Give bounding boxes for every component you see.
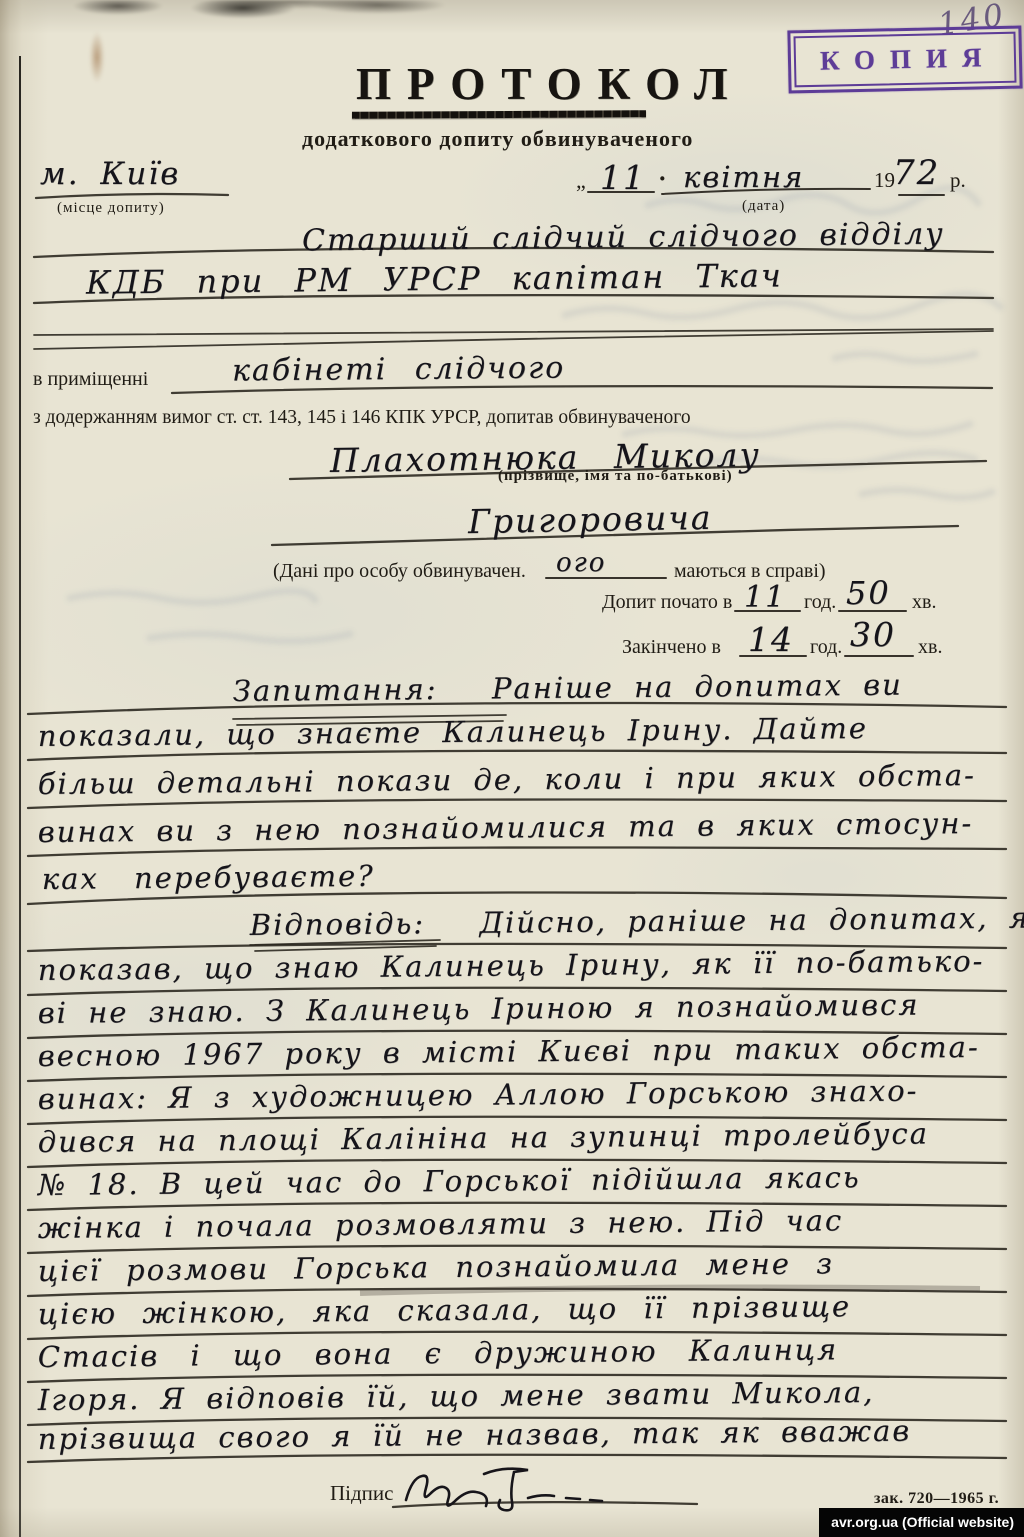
started-minute-unit: хв. (912, 591, 936, 614)
question-first-text: Раніше на допитах ви (492, 668, 903, 706)
copy-stamp-text: КОПИЯ (793, 32, 1016, 88)
premises-label: в приміщенні (33, 368, 148, 391)
started-label: Допит почато в (602, 591, 732, 614)
place-hint: (місце допиту) (57, 200, 165, 217)
date-day: 11 (600, 158, 646, 197)
finished-hour: 14 (748, 620, 794, 659)
started-hour-unit: год. (804, 591, 836, 614)
interrogator-line-1: Старший слідчий слідчого відділу (302, 217, 945, 259)
date-suffix: р. (950, 168, 966, 193)
signature-label: Підпис (330, 1481, 393, 1506)
finished-minute-unit: хв. (918, 636, 942, 659)
date-month: квітня (683, 160, 804, 194)
signature-scribble (398, 1458, 618, 1518)
premises-value: кабінеті слідчого (232, 351, 566, 389)
finished-minute: 30 (850, 615, 896, 654)
question-label: Запитання: (233, 672, 438, 708)
case-note-prefix: (Дані про особу обвинувачен. (273, 560, 526, 583)
date-year-written: 72 (893, 153, 940, 193)
place-value: м. Київ (40, 156, 180, 192)
interrogator-line-2: КДБ при РМ УРСР капітан Ткач (86, 256, 783, 301)
accused-patronymic: Григоровича (468, 498, 713, 541)
print-order-note: зак. 720—1965 г. (874, 1490, 999, 1508)
document-title: ПРОТОКОЛ (356, 58, 743, 110)
source-watermark: avr.org.ua (Official website) (819, 1508, 1024, 1537)
scanned-protocol-page: 140 КОПИЯ ПРОТОКОЛ додаткового допиту об… (0, 0, 1024, 1537)
started-minute: 50 (846, 574, 891, 612)
date-separator: · (658, 164, 667, 194)
copy-stamp: КОПИЯ (787, 26, 1023, 94)
date-hint: (дата) (742, 198, 785, 215)
document-subtitle: додаткового допиту обвинуваченого (302, 126, 693, 152)
question-line: ках перебуваєте? (42, 859, 375, 896)
case-note-insert: ого (556, 548, 606, 578)
question-line-first: Запитання: Раніше на допитах ви (233, 668, 903, 708)
answer-first-text: Дійсно, раніше на допитах, я (479, 901, 1024, 940)
accused-name-hint: (прізвище, імя та по-батькові) (498, 468, 733, 485)
date-open-quote: „ (576, 168, 586, 194)
answer-label: Відповідь: (250, 906, 426, 942)
finished-hour-unit: год. (810, 636, 842, 659)
started-hour: 11 (744, 580, 786, 615)
legal-text: з додержанням вимог ст. ст. 143, 145 і 1… (33, 407, 691, 429)
finished-label: Закінчено в (622, 636, 721, 659)
date-year-printed: 19 (874, 168, 895, 193)
